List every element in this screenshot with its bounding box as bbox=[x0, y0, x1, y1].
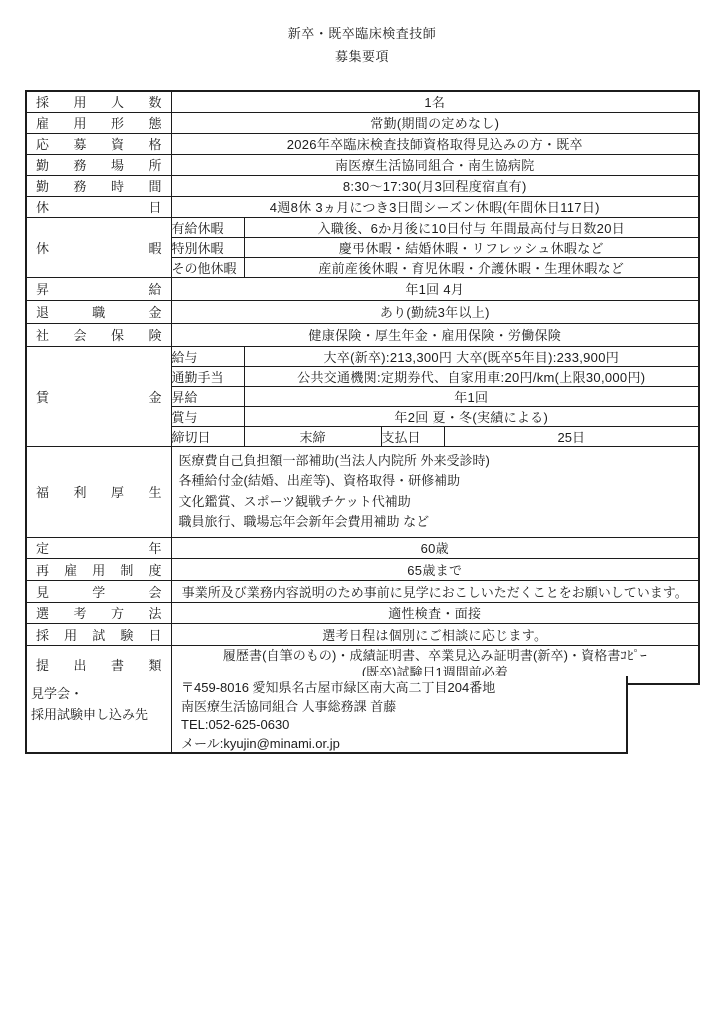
leave-sub-paid: 有給休暇 bbox=[171, 217, 244, 237]
row-label-work-place: 勤務場所 bbox=[26, 154, 171, 175]
row-label-retirement-pay: 退職金 bbox=[26, 300, 171, 323]
row-value-exam-date: 選考日程は個別にご相談に応じます。 bbox=[171, 623, 699, 645]
row-value-qualification: 2026年卒臨床検査技師資格取得見込みの方・既卒 bbox=[171, 133, 699, 154]
contact-phone: TEL:052-625-0630 bbox=[181, 716, 626, 735]
table-row: 休暇 有給休暇 入職後、6か月後に10日付与 年間最高付与日数20日 bbox=[26, 217, 699, 237]
table-row: 社会保険 健康保険・厚生年金・雇用保険・労働保険 bbox=[26, 323, 699, 346]
table-row: 再雇用制度 65歳まで bbox=[26, 558, 699, 580]
doc-title: 新卒・既卒臨床検査技師 bbox=[0, 22, 724, 45]
row-label-hire-count: 採用人数 bbox=[26, 91, 171, 112]
leave-sub-other: その他休暇 bbox=[171, 257, 244, 277]
row-label-reemployment: 再雇用制度 bbox=[26, 558, 171, 580]
row-value-employment-type: 常勤(期間の定めなし) bbox=[171, 112, 699, 133]
wage-sub-raise: 昇給 bbox=[171, 386, 244, 406]
table-row: 雇用形態 常勤(期間の定めなし) bbox=[26, 112, 699, 133]
table-row: 福利厚生 医療費自己負担額一部補助(当法人内院所 外来受診時) 各種給付金(結婚… bbox=[26, 446, 699, 537]
doc-subtitle: 募集要項 bbox=[0, 45, 724, 68]
row-value-retirement-pay: あり(勤続3年以上) bbox=[171, 300, 699, 323]
contact-address: 〒459-8016 愛知県名古屋市緑区南大高二丁目204番地 bbox=[181, 679, 626, 698]
leave-sub-special: 特別休暇 bbox=[171, 237, 244, 257]
contact-label-line: 採用試験申し込み先 bbox=[31, 704, 171, 725]
row-value-social-insurance: 健康保険・厚生年金・雇用保険・労働保険 bbox=[171, 323, 699, 346]
leave-value-other: 産前産後休暇・育児休暇・介護休暇・生理休暇など bbox=[244, 257, 699, 277]
benefits-line: 文化鑑賞、スポーツ観戦チケット代補助 bbox=[179, 492, 692, 513]
row-label-wage: 賃金 bbox=[26, 346, 171, 446]
documents-line: 履歴書(自筆のもの)・成績証明書、卒業見込み証明書(新卒)・資格書ｺﾋﾟｰ bbox=[172, 647, 699, 665]
benefits-line: 医療費自己負担額一部補助(当法人内院所 外来受診時) bbox=[179, 451, 692, 472]
row-label-leave: 休暇 bbox=[26, 217, 171, 277]
document-page: 新卒・既卒臨床検査技師 募集要項 採用人数 1名 雇用形態 常勤(期間の定めなし… bbox=[0, 0, 724, 1024]
wage-value-commute: 公共交通機関:定期券代、自家用車:20円/km(上限30,000円) bbox=[244, 366, 699, 386]
table-row: 退職金 あり(勤続3年以上) bbox=[26, 300, 699, 323]
contact-email: メール:kyujin@minami.or.jp bbox=[181, 735, 626, 754]
contact-details: 〒459-8016 愛知県名古屋市緑区南大高二丁目204番地 南医療生活協同組合… bbox=[172, 676, 626, 752]
row-label-employment-type: 雇用形態 bbox=[26, 112, 171, 133]
row-label-benefits: 福利厚生 bbox=[26, 446, 171, 537]
row-value-raise: 年1回 4月 bbox=[171, 277, 699, 300]
row-value-benefits: 医療費自己負担額一部補助(当法人内院所 外来受診時) 各種給付金(結婚、出産等)… bbox=[171, 446, 699, 537]
leave-value-special: 慶弔休暇・結婚休暇・リフレッシュ休暇など bbox=[244, 237, 699, 257]
row-label-raise: 昇給 bbox=[26, 277, 171, 300]
row-value-tour: 事業所及び業務内容説明のため事前に見学におこしいただくことをお願いしています。 bbox=[171, 580, 699, 602]
contact-label: 見学会・ 採用試験申し込み先 bbox=[27, 676, 172, 752]
table-row: 採用試験日 選考日程は個別にご相談に応じます。 bbox=[26, 623, 699, 645]
contact-box: 見学会・ 採用試験申し込み先 〒459-8016 愛知県名古屋市緑区南大高二丁目… bbox=[25, 676, 628, 754]
table-row: 勤務時間 8:30〜17:30(月3回程度宿直有) bbox=[26, 175, 699, 196]
wage-payday-value: 25日 bbox=[444, 426, 699, 446]
table-row: 応募資格 2026年卒臨床検査技師資格取得見込みの方・既卒 bbox=[26, 133, 699, 154]
table-row: 選考方法 適性検査・面接 bbox=[26, 602, 699, 623]
wage-payday-label: 支払日 bbox=[381, 426, 444, 446]
wage-sub-commute: 通勤手当 bbox=[171, 366, 244, 386]
table-row: 見学会 事業所及び業務内容説明のため事前に見学におこしいただくことをお願いしてい… bbox=[26, 580, 699, 602]
table-row: 定年 60歳 bbox=[26, 537, 699, 558]
wage-value-bonus: 年2回 夏・冬(実績による) bbox=[244, 406, 699, 426]
row-value-reemployment: 65歳まで bbox=[171, 558, 699, 580]
table-row: 採用人数 1名 bbox=[26, 91, 699, 112]
leave-value-paid: 入職後、6か月後に10日付与 年間最高付与日数20日 bbox=[244, 217, 699, 237]
row-label-selection-method: 選考方法 bbox=[26, 602, 171, 623]
row-value-hire-count: 1名 bbox=[171, 91, 699, 112]
row-label-work-hours: 勤務時間 bbox=[26, 175, 171, 196]
requirements-table: 採用人数 1名 雇用形態 常勤(期間の定めなし) 応募資格 2026年卒臨床検査… bbox=[25, 90, 700, 685]
table-row: 昇給 年1回 4月 bbox=[26, 277, 699, 300]
row-label-holidays: 休日 bbox=[26, 196, 171, 217]
wage-deadline-value: 末締 bbox=[244, 426, 381, 446]
table-row: 賃金 給与 大卒(新卒):213,300円 大卒(既卒5年目):233,900円 bbox=[26, 346, 699, 366]
row-label-qualification: 応募資格 bbox=[26, 133, 171, 154]
row-value-selection-method: 適性検査・面接 bbox=[171, 602, 699, 623]
contact-organization: 南医療生活協同組合 人事総務課 首藤 bbox=[181, 698, 626, 717]
contact-label-line: 見学会・ bbox=[31, 683, 171, 704]
row-value-holidays: 4週8休 3ヵ月につき3日間シーズン休暇(年間休日117日) bbox=[171, 196, 699, 217]
row-label-social-insurance: 社会保険 bbox=[26, 323, 171, 346]
wage-sub-bonus: 賞与 bbox=[171, 406, 244, 426]
row-value-work-hours: 8:30〜17:30(月3回程度宿直有) bbox=[171, 175, 699, 196]
wage-sub-deadline: 締切日 bbox=[171, 426, 244, 446]
row-label-tour: 見学会 bbox=[26, 580, 171, 602]
wage-value-salary: 大卒(新卒):213,300円 大卒(既卒5年目):233,900円 bbox=[244, 346, 699, 366]
table-row: 休日 4週8休 3ヵ月につき3日間シーズン休暇(年間休日117日) bbox=[26, 196, 699, 217]
row-label-exam-date: 採用試験日 bbox=[26, 623, 171, 645]
row-label-retirement-age: 定年 bbox=[26, 537, 171, 558]
table-row: 勤務場所 南医療生活協同組合・南生協病院 bbox=[26, 154, 699, 175]
row-value-work-place: 南医療生活協同組合・南生協病院 bbox=[171, 154, 699, 175]
document-header: 新卒・既卒臨床検査技師 募集要項 bbox=[0, 22, 724, 68]
benefits-line: 各種給付金(結婚、出産等)、資格取得・研修補助 bbox=[179, 471, 692, 492]
wage-sub-salary: 給与 bbox=[171, 346, 244, 366]
benefits-line: 職員旅行、職場忘年会新年会費用補助 など bbox=[179, 512, 692, 533]
wage-value-raise: 年1回 bbox=[244, 386, 699, 406]
row-value-retirement-age: 60歳 bbox=[171, 537, 699, 558]
